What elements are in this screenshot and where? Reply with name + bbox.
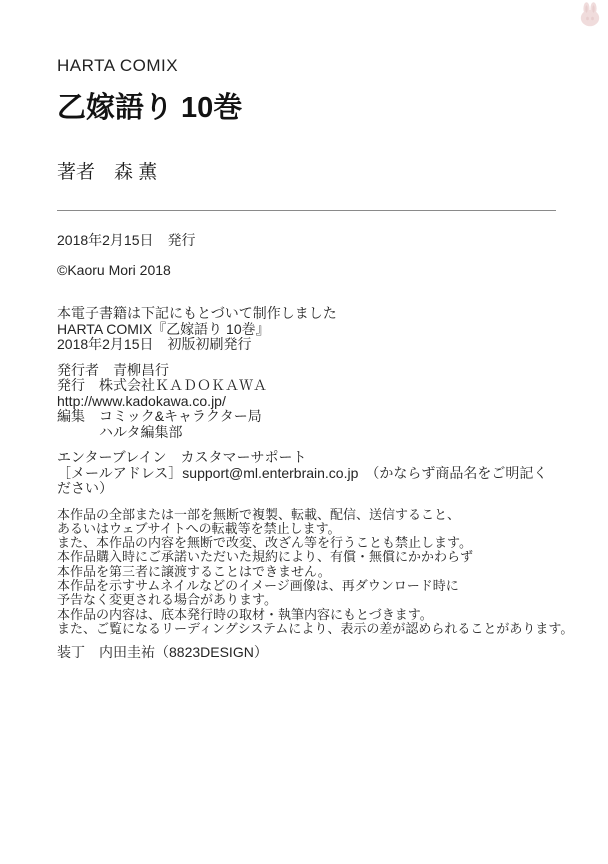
publisher-person-line: 発行者 青柳昌行 (57, 363, 558, 379)
support-title-line: エンターブレイン カスタマーサポート (57, 450, 558, 466)
legal-line: また、本作品の内容を無断で改変、改ざん等を行うことも禁止します。 (57, 536, 558, 550)
legal-line: 本作品を第三者に譲渡することはできません。 (57, 565, 558, 579)
design-credit-line: 装丁 内田圭祐（8823DESIGN） (57, 645, 558, 661)
source-note-print-date: 2018年2月15日 初版初刷発行 (57, 337, 558, 353)
legal-line: また、ご覧になるリーディングシステムにより、表示の差が認められることがあります。 (57, 622, 558, 636)
legal-line: 本作品の内容は、底本発行時の取材・執筆内容にもとづきます。 (57, 608, 558, 622)
source-note-block: 本電子書籍は下記にもとづいて制作しました HARTA COMIX『乙嫁語り 10… (57, 306, 558, 353)
divider-line (57, 210, 556, 211)
legal-line: 本作品を示すサムネイルなどのイメージ画像は、再ダウンロード時に (57, 579, 558, 593)
legal-line: 予告なく変更される場合があります。 (57, 593, 558, 607)
legal-line: 本作品購入時にご承諾いただいた規約により、有償・無償にかかわらず (57, 550, 558, 564)
colophon-page: HARTA COMIX 乙嫁語り 10巻 著者 森 薫 2018年2月15日 発… (0, 0, 608, 864)
legal-notice-block: 本作品の全部または一部を無断で複製、転載、配信、送信すること、 あるいはウェブサ… (57, 508, 558, 637)
publisher-block: 発行者 青柳昌行 発行 株式会社ＫＡＤＯＫＡＷＡ http://www.kado… (57, 363, 558, 441)
editing-line: 編集 コミック&キャラクター局 (57, 409, 558, 425)
legal-line: 本作品の全部または一部を無断で複製、転載、配信、送信すること、 (57, 508, 558, 522)
author-line: 著者 森 薫 (57, 162, 558, 183)
support-block: エンターブレイン カスタマーサポート ［メールアドレス］support@ml.e… (57, 450, 558, 497)
editing-dept-line: ハルタ編集部 (57, 425, 558, 441)
publisher-company-line: 発行 株式会社ＫＡＤＯＫＡＷＡ (57, 378, 558, 394)
source-note-edition: HARTA COMIX『乙嫁語り 10巻』 (57, 322, 558, 338)
legal-line: あるいはウェブサイトへの転載等を禁止します。 (57, 522, 558, 536)
book-title: 乙嫁語り 10巻 (57, 92, 558, 124)
support-email-line: ［メールアドレス］support@ml.enterbrain.co.jp （かな… (57, 466, 558, 497)
publisher-url: http://www.kadokawa.co.jp/ (57, 394, 558, 410)
copyright-line: ©Kaoru Mori 2018 (57, 263, 558, 279)
issue-date-line: 2018年2月15日 発行 (57, 233, 558, 249)
source-note-line: 本電子書籍は下記にもとづいて制作しました (57, 306, 558, 322)
imprint-label: HARTA COMIX (57, 0, 558, 75)
bunny-watermark-icon (577, 2, 603, 27)
